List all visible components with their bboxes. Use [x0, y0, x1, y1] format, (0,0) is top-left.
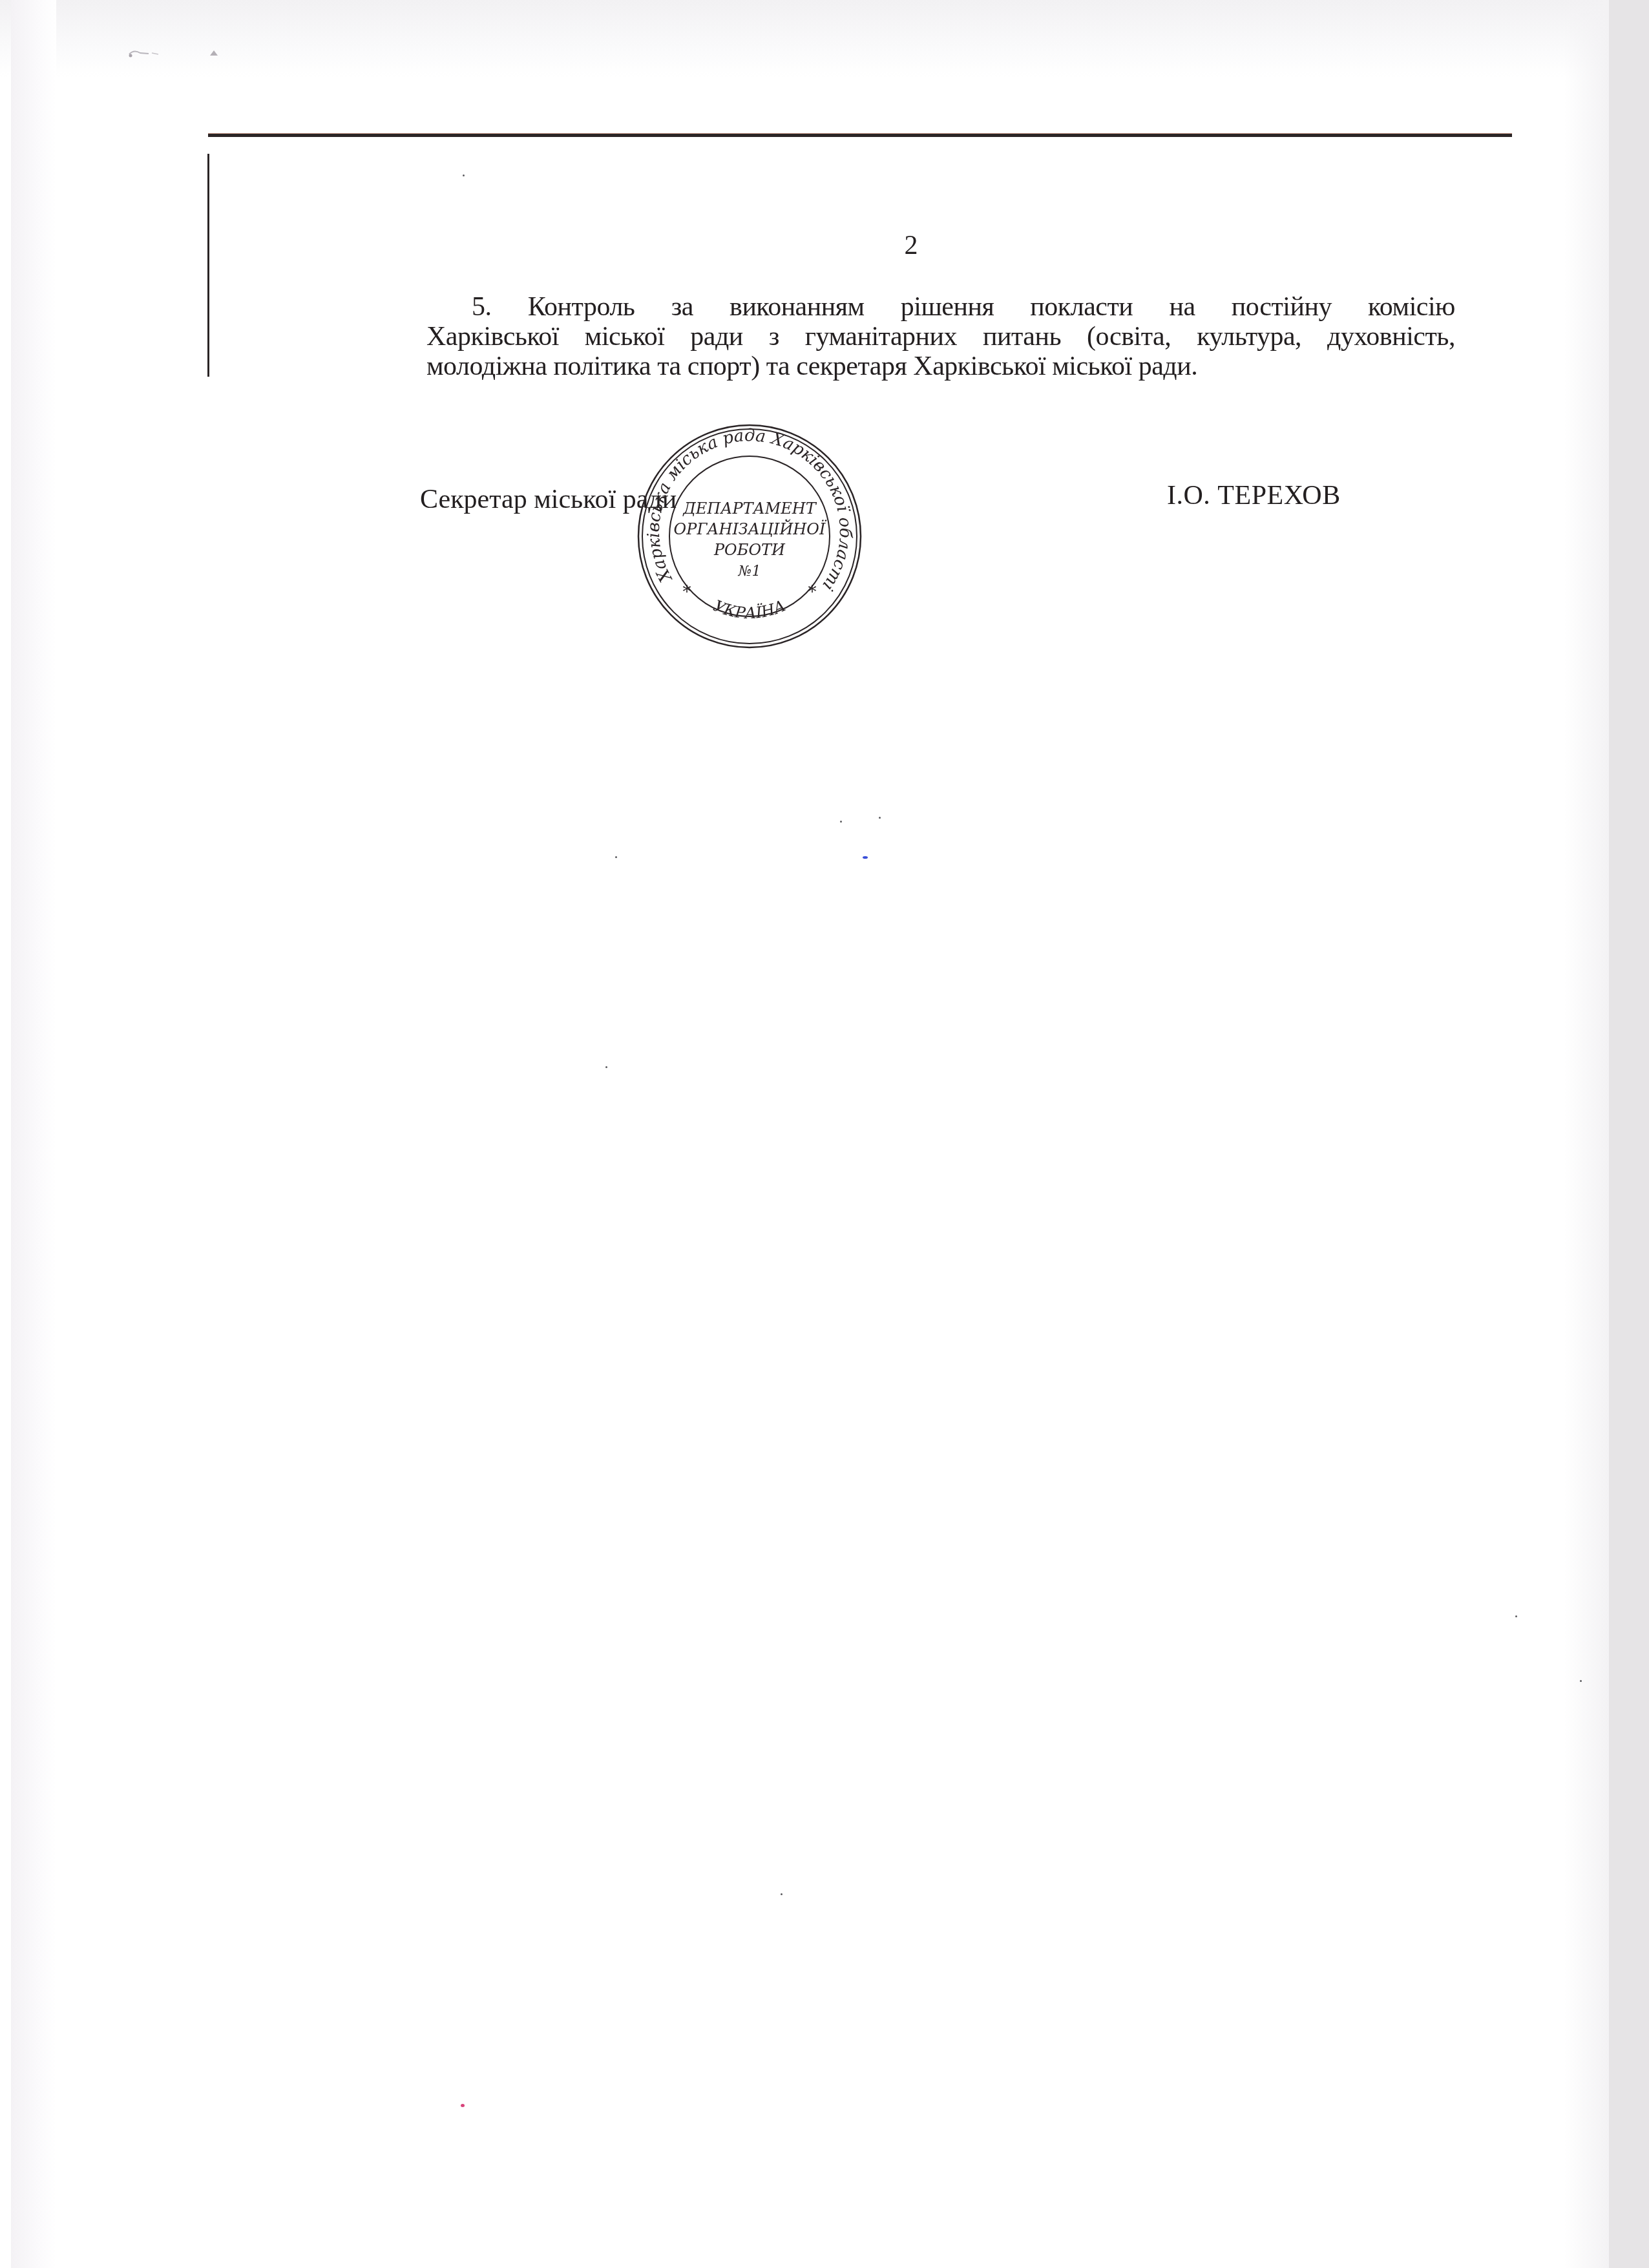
scan-speck — [840, 821, 842, 823]
stamp-seal-icon: Харківська міська рада Харківської облас… — [636, 423, 863, 649]
header-rule — [208, 133, 1512, 137]
stamp-center-line: ДЕПАРТАМЕНТ — [682, 499, 817, 518]
stamp-center-line: ОРГАНІЗАЦІЙНОЇ — [674, 519, 827, 538]
stamp-center-line: №1 — [738, 563, 761, 580]
scan-speck — [1515, 1615, 1517, 1617]
scan-speck — [615, 856, 617, 858]
scan-speck — [461, 2104, 465, 2107]
paragraph-line: молодіжна політика та спорт) та секретар… — [426, 352, 1455, 381]
stamp-star-icon: * — [808, 583, 817, 602]
stamp-center-line: РОБОТИ — [713, 541, 786, 559]
official-stamp: Харківська міська рада Харківської облас… — [636, 423, 863, 649]
signature-name: І.О. ТЕРЕХОВ — [1167, 479, 1341, 512]
scan-shadow-right-fade — [1564, 0, 1609, 2268]
left-margin-rule — [207, 154, 209, 377]
scan-speck — [781, 1893, 782, 1895]
paragraph-line: Харківської міської ради з гуманітарних … — [426, 322, 1455, 352]
stamp-bottom-text: УКРАЇНА — [711, 596, 788, 622]
scan-artifact-marks — [126, 47, 229, 59]
paragraph-line: 5. Контроль за виконанням рішення поклас… — [426, 292, 1455, 322]
stamp-star-icon: * — [683, 583, 691, 602]
scan-speck — [879, 817, 881, 819]
page-number: 2 — [898, 229, 924, 262]
scan-speck — [863, 856, 868, 859]
scan-edge-right — [1609, 0, 1649, 2268]
resolution-paragraph: 5. Контроль за виконанням рішення поклас… — [426, 292, 1455, 381]
scan-speck — [1580, 1680, 1582, 1682]
scan-shadow-top — [0, 0, 1649, 78]
scan-shadow-left — [11, 0, 56, 2268]
document-page: 2 5. Контроль за виконанням рішення покл… — [0, 0, 1649, 2268]
scan-speck — [605, 1066, 607, 1068]
scan-speck — [463, 174, 465, 176]
